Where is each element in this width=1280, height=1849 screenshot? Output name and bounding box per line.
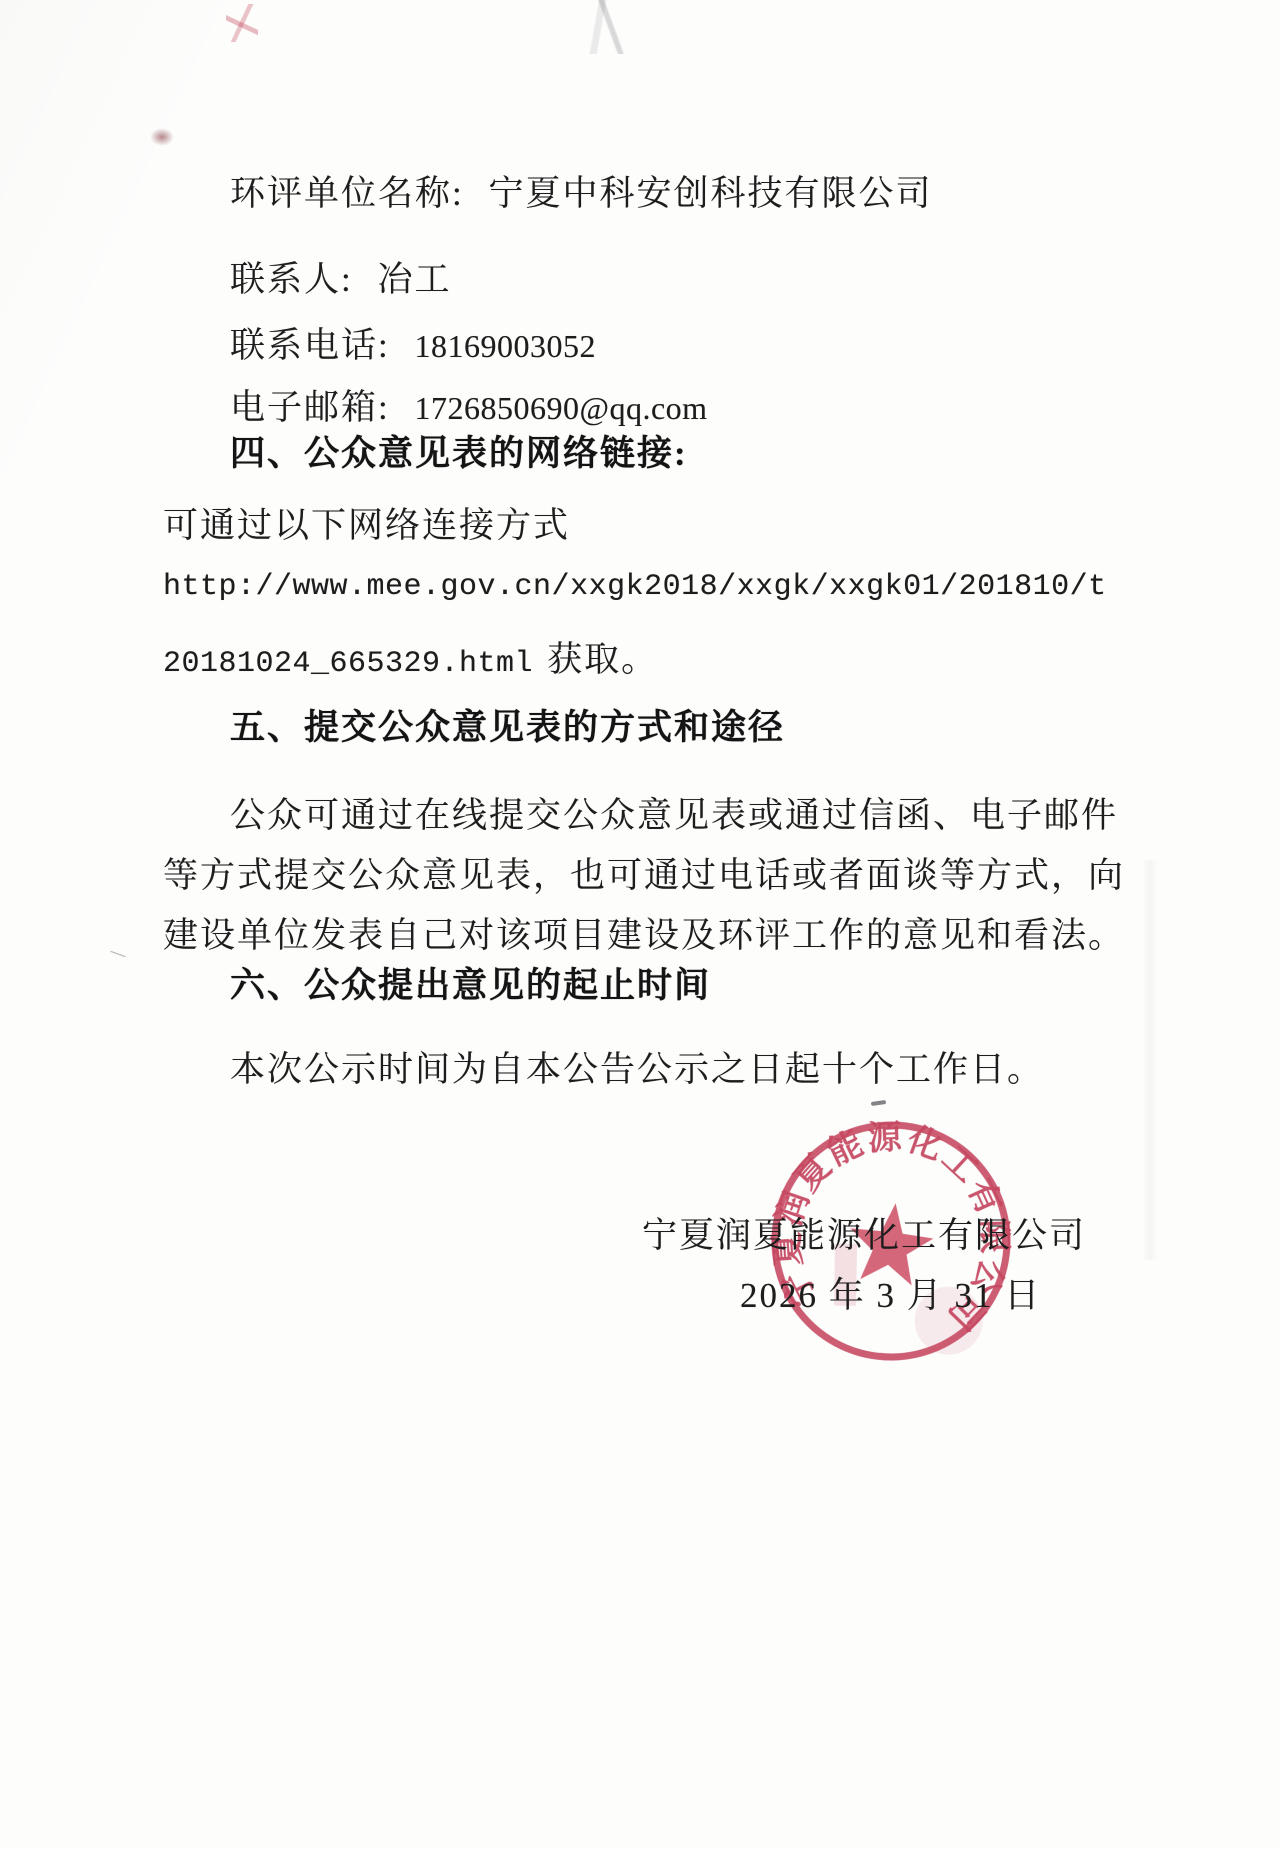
- signature-company: 宁夏润夏能源化工有限公司: [642, 1208, 1086, 1258]
- eia-unit-label: 环评单位名称:: [230, 174, 474, 213]
- scanned-notice-page: 环评单位名称: 宁夏中科安创科技有限公司 联系人: 冶工 联系电话: 18169…: [0, 0, 1280, 1849]
- notice-url-suffix: 获取。: [547, 640, 658, 679]
- contact-phone-line: 联系电话: 18169003052: [230, 318, 596, 368]
- red-ink-smudge: [226, 4, 258, 42]
- section5-para-line2: 等方式提交公众意见表，也可通过电话或者面谈等方式，向: [163, 848, 1125, 898]
- eia-unit-line: 环评单位名称: 宁夏中科安创科技有限公司: [230, 166, 933, 216]
- eia-unit-value: 宁夏中科安创科技有限公司: [488, 174, 932, 213]
- section4-intro: 可通过以下网络连接方式: [163, 498, 570, 548]
- contact-person-line: 联系人: 冶工: [230, 252, 452, 302]
- paper-crease: [1142, 860, 1158, 1260]
- section4-heading: 四、公众意见表的网络链接:: [230, 426, 688, 476]
- section5-para-line1: 公众可通过在线提交公众意见表或通过信函、电子邮件: [230, 788, 1118, 838]
- signature-date: 2026 年 3 月 31 日: [740, 1268, 1041, 1318]
- section6-heading: 六、公众提出意见的起止时间: [230, 958, 711, 1008]
- notice-url-line1: http://www.mee.gov.cn/xxgk2018/xxgk/xxgk…: [163, 570, 1107, 604]
- contact-phone-label: 联系电话:: [230, 326, 400, 365]
- notice-url-line2-text: 20181024_665329.html: [163, 647, 533, 681]
- contact-person-label: 联系人:: [230, 260, 363, 299]
- notice-url-line2: 20181024_665329.html获取。: [163, 632, 658, 682]
- section5-para-line3: 建设单位发表自己对该项目建设及环评工作的意见和看法。: [163, 908, 1125, 958]
- stray-mark: [108, 944, 129, 965]
- contact-email-label: 电子邮箱:: [230, 388, 400, 427]
- ink-blot: [150, 128, 174, 146]
- section6-para: 本次公示时间为自本公告公示之日起十个工作日。: [230, 1042, 1044, 1092]
- section5-heading: 五、提交公众意见表的方式和途径: [230, 700, 785, 750]
- contact-phone-value: 18169003052: [414, 328, 596, 364]
- contact-email-value: 1726850690@qq.com: [414, 390, 707, 426]
- contact-email-line: 电子邮箱: 1726850690@qq.com: [230, 380, 708, 430]
- contact-person-value: 冶工: [377, 260, 451, 299]
- pencil-smudge: [572, 0, 650, 54]
